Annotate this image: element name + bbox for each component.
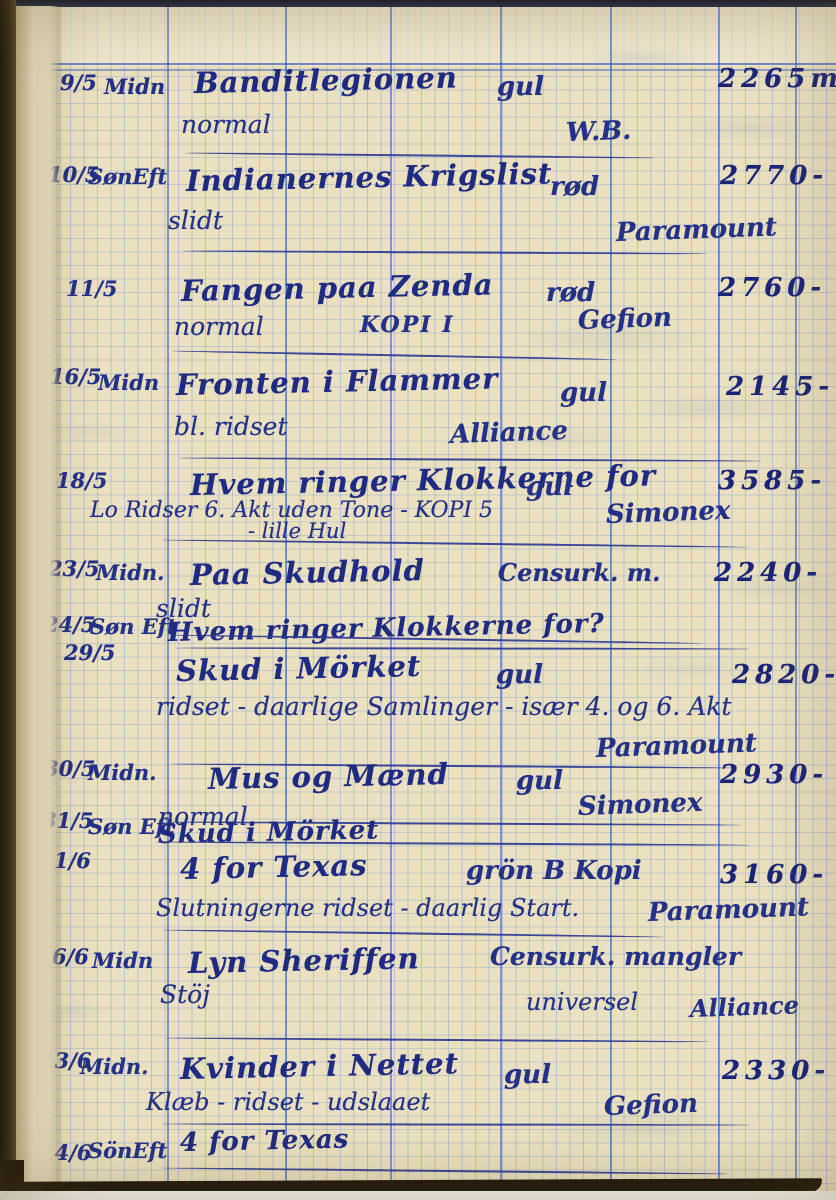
entry-extra-note: - lille Hul bbox=[248, 519, 346, 543]
entry-date: 11/5 bbox=[66, 276, 118, 301]
entry-amount: 2760- bbox=[718, 273, 826, 303]
entry-color-code: gul bbox=[496, 660, 543, 690]
entry-condition-note: slidt bbox=[168, 206, 223, 235]
entry-amount: 2330- bbox=[722, 1056, 830, 1086]
entry-condition-note: Stöj bbox=[160, 980, 210, 1009]
entry-title: Lyn Sheriffen bbox=[188, 941, 420, 980]
entry-title: Mus og Mænd bbox=[208, 757, 449, 796]
entry-distributor: Simonex bbox=[605, 496, 730, 530]
entry-condition-note: Slutningerne ridset - daarlig Start. bbox=[156, 894, 579, 922]
entry-amount: 2240- bbox=[714, 558, 822, 588]
entry-color-code: grön B Kopi bbox=[466, 856, 642, 886]
entry-session: Midn bbox=[92, 948, 153, 973]
entry-color-code: gul bbox=[497, 72, 544, 102]
entry-session: Midn. bbox=[88, 760, 157, 785]
entry-color-code: rød bbox=[546, 278, 595, 308]
entry-date: 9/5 bbox=[60, 70, 97, 95]
entry-session: Midn. bbox=[80, 1054, 149, 1079]
entry-condition-note: normal bbox=[174, 312, 264, 341]
entry-amount: 2770- bbox=[720, 161, 828, 191]
entry-title: Kvinder i Nettet bbox=[180, 1046, 460, 1086]
entry-title: 4 for Texas bbox=[180, 848, 368, 886]
entry-copy-label: KOPI I bbox=[360, 312, 454, 338]
entry-distributor: W.B. bbox=[565, 116, 631, 148]
entry-date: 29/5 bbox=[64, 640, 116, 665]
ledger-page: 9/5MidnBanditlegionengul2265mnormalW.B.1… bbox=[0, 0, 836, 1200]
entry-amount: 2930- bbox=[720, 760, 828, 790]
entry-mid-note: Censurk. mangler bbox=[490, 942, 741, 971]
book-spine-edge bbox=[0, 0, 16, 1200]
entry-title: 4 for Texas bbox=[180, 1124, 350, 1158]
entry-color-code: gul bbox=[560, 378, 607, 408]
entry-amount: 3585- bbox=[718, 466, 826, 496]
top-band bbox=[16, 6, 836, 66]
entry-title: Fangen paa Zenda bbox=[181, 267, 494, 308]
entry-extra-note: universel bbox=[526, 988, 638, 1016]
entry-amount: 2265m bbox=[718, 64, 836, 94]
scanner-background bbox=[0, 1191, 836, 1200]
entry-session: Midn. bbox=[96, 560, 165, 585]
entry-session: Søn Eft bbox=[90, 614, 177, 639]
entry-session: SønEft bbox=[88, 164, 167, 189]
entry-distributor: Simonex bbox=[577, 788, 702, 822]
entry-color-code: gul bbox=[526, 472, 573, 502]
entry-session: Midn bbox=[104, 74, 165, 99]
entry-amount: 2145- bbox=[726, 372, 834, 402]
entry-mid-note: Censurk. m. bbox=[498, 558, 661, 587]
entry-condition-note: ridset - daarlige Samlinger - især 4. og… bbox=[156, 692, 731, 721]
entry-amount: 3160- bbox=[720, 860, 828, 890]
entry-title: Fronten i Flammer bbox=[176, 361, 499, 402]
entry-amount: 2820- bbox=[732, 660, 836, 690]
entry-distributor: Alliance bbox=[689, 990, 799, 1023]
entry-distributor: Paramount bbox=[615, 212, 777, 248]
entry-color-code: gul bbox=[504, 1060, 551, 1090]
entry-title: Skud i Mörket bbox=[158, 815, 380, 850]
entry-title: Banditlegionen bbox=[194, 60, 458, 100]
entry-title: Paa Skudhold bbox=[190, 553, 425, 592]
entry-title: Skud i Mörket bbox=[176, 649, 422, 688]
entry-color-code: rød bbox=[550, 172, 599, 202]
page-top-edge bbox=[0, 0, 836, 7]
entry-distributor: Alliance bbox=[449, 416, 568, 450]
entry-condition-note: Klæb - ridset - udslaaet bbox=[146, 1088, 430, 1116]
entry-color-code: gul bbox=[516, 766, 563, 796]
entry-condition-note: normal bbox=[181, 110, 271, 139]
entry-distributor: Paramount bbox=[595, 728, 757, 764]
entry-date: 18/5 bbox=[56, 468, 108, 493]
entry-condition-note: bl. ridset bbox=[174, 412, 288, 441]
entry-session: SönEft bbox=[88, 1138, 167, 1163]
entry-distributor: Paramount bbox=[647, 892, 809, 928]
entry-session: Midn bbox=[98, 370, 159, 395]
entry-distributor: Gefion bbox=[577, 303, 672, 336]
page-crease bbox=[16, 6, 62, 1192]
entry-distributor: Gefion bbox=[603, 1089, 698, 1122]
